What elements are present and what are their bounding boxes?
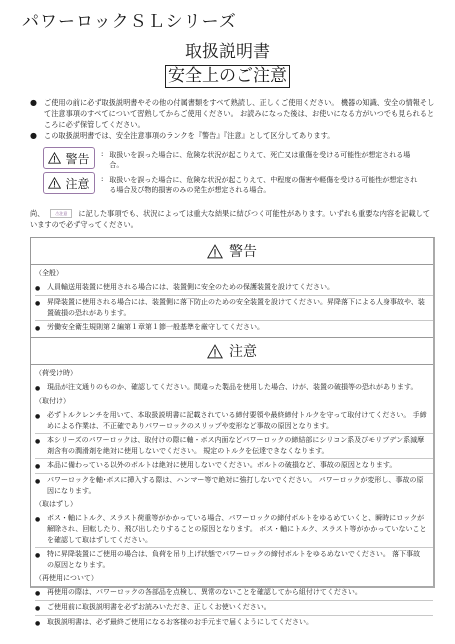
list-item: ●本シリーズのパワーロックは、取付けの際に軸・ボス内面などパワーロックの締結部に… — [35, 434, 433, 459]
note-paragraph: 尚、⚠注意に記した事項でも、状況によっては重大な結果に結びつく可能性があります。… — [30, 208, 435, 230]
list-item: ●本品に備わっている以外のボルトは絶対に使用しないでください。ボルトの破損など、… — [35, 459, 433, 474]
category-label: （荷受け時） — [35, 368, 433, 379]
bullet-icon: ● — [35, 475, 47, 497]
note-text: に記した事項でも、状況によっては重大な結果に結びつく可能性があります。いずれも重… — [30, 209, 430, 229]
caution-badge-label: 注意 — [65, 175, 89, 192]
bullet-icon: ● — [35, 617, 47, 629]
warning-badge: 警告 — [43, 147, 95, 169]
bullet-icon: ● — [35, 410, 47, 432]
colon: : — [101, 175, 103, 183]
list-item: ●現品が注文通りのものか、確認してください。間違った製品を使用した場合、けが、装… — [35, 381, 433, 395]
note-prefix: 尚、 — [30, 209, 44, 218]
safety-title: 安全上のご注意 — [165, 65, 290, 88]
legend-warning: 警告 : 取扱いを誤った場合に、危険な状況が起こりえて、死亡又は重傷を受ける可能… — [43, 147, 419, 170]
bullet-icon: ● — [35, 382, 47, 394]
intro-item: ● この取扱説明書では、安全注意事項のランクを『警告』『注意』として区分してあり… — [30, 130, 440, 141]
intro-item: ● ご使用の前に必ず取扱説明書やその他の付属書類をすべて熟読し、正しくご使用くだ… — [30, 97, 440, 130]
bullet-icon: ● — [35, 282, 47, 294]
list-item: ●再使用の際は、パワーロックの各部品を点検し、異常のないことを確認してから組付け… — [35, 586, 433, 601]
list-item: ●昇降装置に使用される場合には、装置側に落下防止のための安全装置を設けてください… — [35, 296, 433, 321]
intro-text: ご使用の前に必ず取扱説明書やその他の付属書類をすべて熟読し、正しくご使用ください… — [44, 97, 440, 130]
list-item: ●ボス・軸にトルク、スラスト荷重等がかかっている場合、パワーロックの締付ボルトを… — [35, 512, 433, 548]
warning-section-body: （全般） ●人員輸送用装置に使用される場合には、装置側に安全のための保護装置を設… — [31, 265, 433, 337]
category-label: （取付け） — [35, 396, 433, 407]
warning-triangle-icon — [48, 152, 61, 164]
list-item: ●人員輸送用装置に使用される場合には、装置側に安全のための保護装置を設けてくださ… — [35, 281, 433, 296]
bullet-icon: ● — [35, 602, 47, 614]
list-item: ●特に昇降装置にご使用の場合は、負荷を吊り上げ状態でパワーロックの締付ボルトをゆ… — [35, 548, 433, 572]
safety-title-wrap: 安全上のご注意 — [0, 65, 455, 88]
bullet-icon: ● — [35, 587, 47, 599]
bullet-icon: ● — [35, 460, 47, 472]
warning-triangle-icon — [207, 244, 223, 259]
series-title: パワーロックＳＬシリーズ — [22, 12, 237, 32]
list-item: ●パワーロックを軸･ボスに挿入する際は、ハンマー等で絶対に強打しないでください。… — [35, 474, 433, 498]
warning-triangle-icon — [48, 177, 61, 189]
legend-caution: 注意 : 取扱いを誤った場合に、危険な状況が起こりえて、中程度の傷害や軽傷を受け… — [43, 172, 419, 195]
warning-badge-label: 警告 — [65, 150, 89, 167]
manual-title: 取扱説明書 — [0, 42, 455, 62]
bullet-icon: ● — [35, 549, 47, 571]
warning-section-header: 警告 — [31, 238, 433, 265]
intro-text: この取扱説明書では、安全注意事項のランクを『警告』『注意』として区分してあります… — [44, 130, 334, 141]
list-item: ●労働安全衛生規則第２編第１章第１節一般基準を厳守してください。 — [35, 321, 433, 335]
bullet-icon: ● — [35, 435, 47, 457]
category-label: （再使用について） — [35, 573, 433, 584]
warning-section-title: 警告 — [229, 241, 257, 261]
safety-box: 警告 （全般） ●人員輸送用装置に使用される場合には、装置側に安全のための保護装… — [30, 237, 435, 588]
caution-badge: 注意 — [43, 172, 95, 194]
bullet-icon: ● — [30, 97, 44, 130]
warning-definition: 取扱いを誤った場合に、危険な状況が起こりえて、死亡又は重傷を受ける可能性が想定さ… — [109, 150, 419, 170]
category-label: （全般） — [35, 268, 433, 279]
list-item: ●必ずトルクレンチを用いて、本取扱説明書に記載されている締付要領や最終締付トルク… — [35, 409, 433, 434]
list-item: ●取扱説明書は、必ず最終ご使用になるお客様のお手元まで届くようにしてください。 — [35, 616, 433, 630]
caution-definition: 取扱いを誤った場合に、危険な状況が起こりえて、中程度の傷害や軽傷を受ける可能性が… — [109, 175, 419, 195]
colon: : — [101, 150, 103, 158]
bullet-icon: ● — [35, 322, 47, 334]
bullet-icon: ● — [30, 130, 44, 141]
caution-section-header: 注意 — [31, 337, 433, 365]
bullet-icon: ● — [35, 297, 47, 319]
caution-section-title: 注意 — [229, 341, 257, 361]
mini-caution-badge: ⚠注意 — [50, 209, 72, 218]
list-item: ●ご使用前に取扱説明書を必ずお読みいただき、正しくお使いください。 — [35, 601, 433, 616]
caution-section-body: （荷受け時） ●現品が注文通りのものか、確認してください。間違った製品を使用した… — [31, 365, 433, 632]
intro-list: ● ご使用の前に必ず取扱説明書やその他の付属書類をすべて熟読し、正しくご使用くだ… — [30, 97, 440, 141]
category-label: （取はずし） — [35, 499, 433, 510]
warning-triangle-icon — [207, 344, 223, 359]
bullet-icon: ● — [35, 513, 47, 546]
